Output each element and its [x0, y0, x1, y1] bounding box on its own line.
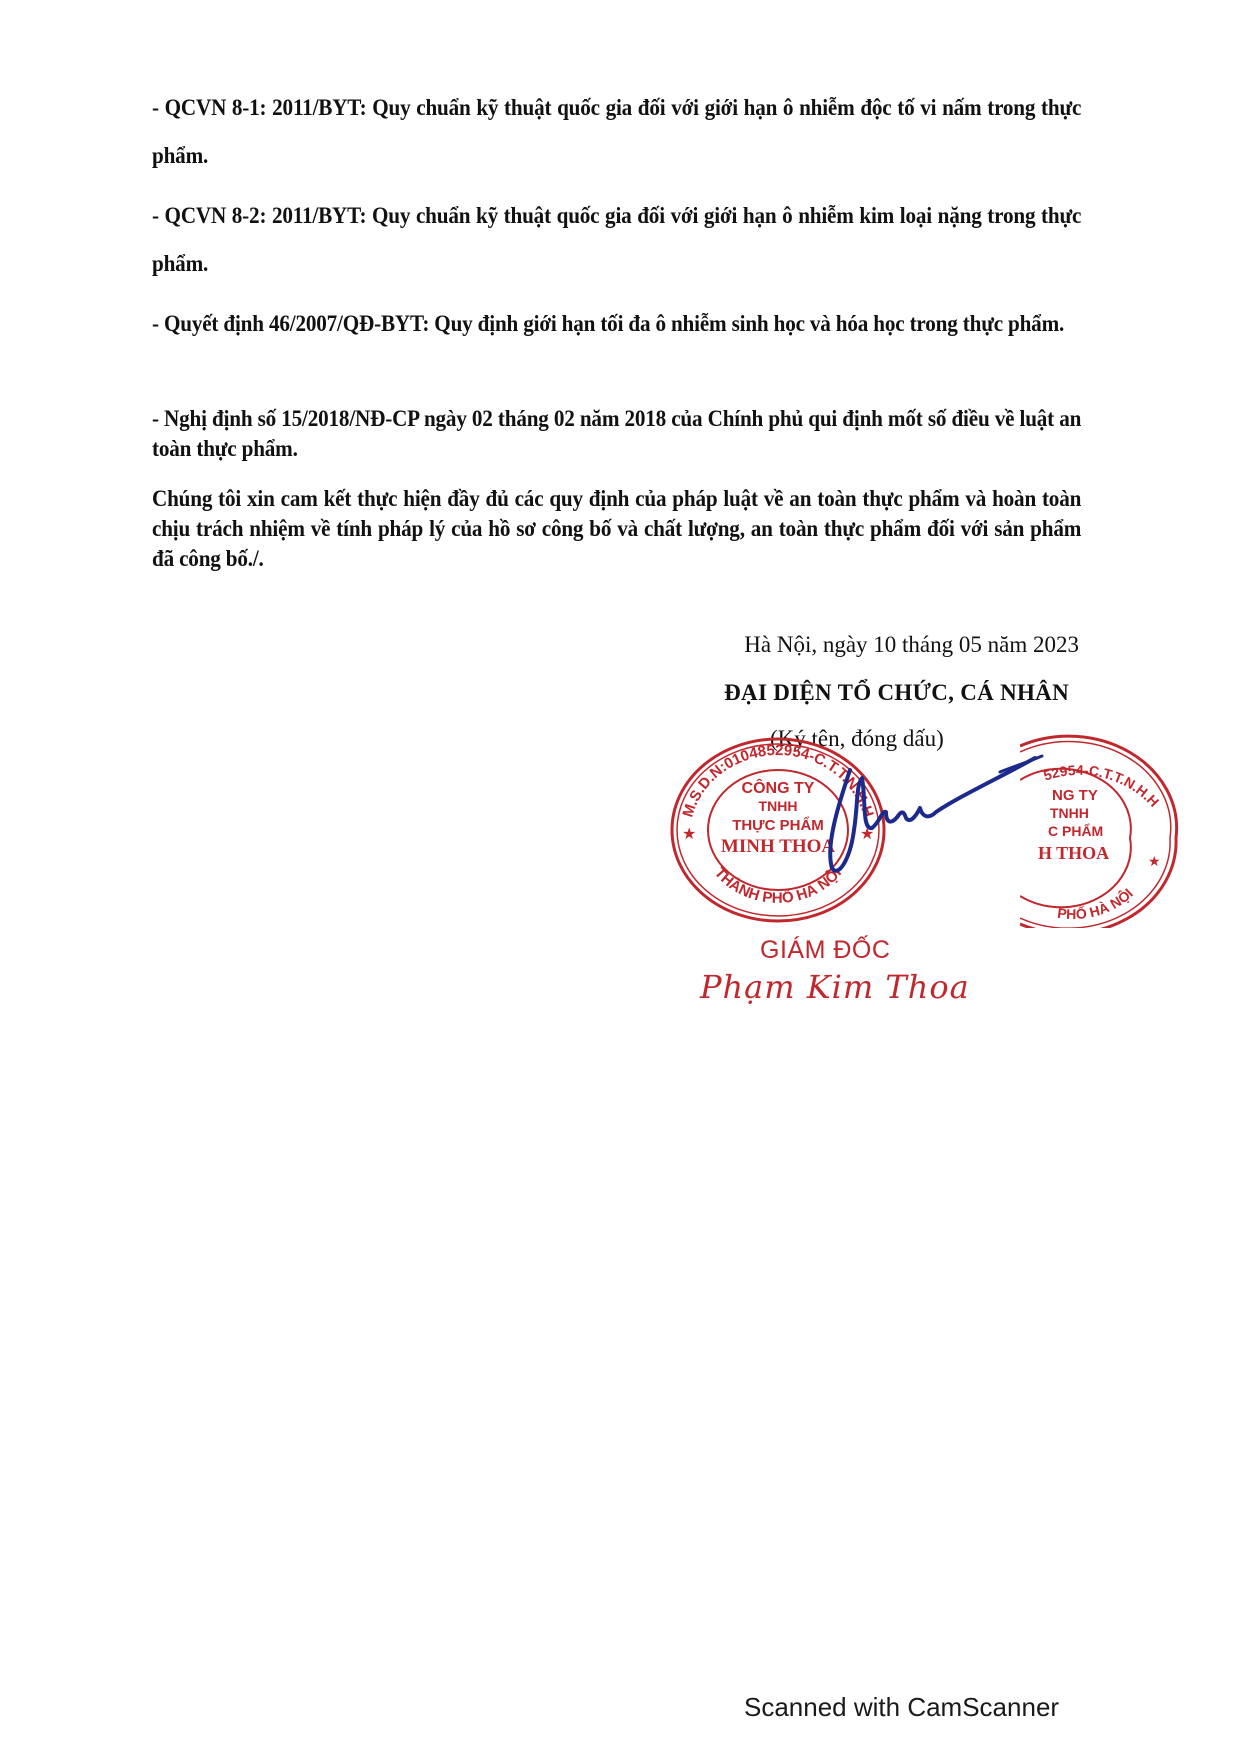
document-page: - QCVN 8-1: 2011/BYT: Quy chuẩn kỹ thuật…: [0, 0, 1239, 1754]
paragraph-commitment: Chúng tôi xin cam kết thực hiện đầy đủ c…: [152, 484, 1081, 574]
star-icon: ★: [682, 826, 696, 843]
paragraph-decree-15: - Nghị định số 15/2018/NĐ-CP ngày 02 thá…: [152, 404, 1081, 464]
representative-title: ĐẠI DIỆN TỔ CHỨC, CÁ NHÂN: [724, 680, 1069, 706]
svg-text:TNHH: TNHH: [1050, 805, 1089, 821]
svg-text:THỰC PHẨM: THỰC PHẨM: [732, 816, 824, 834]
paragraph-decision-46: - Quyết định 46/2007/QĐ-BYT: Quy định gi…: [152, 300, 1081, 348]
director-title: GIÁM ĐỐC: [760, 936, 890, 965]
svg-text:TNHH: TNHH: [759, 798, 798, 814]
svg-text:C PHẨM: C PHẨM: [1048, 822, 1103, 839]
star-icon: ★: [1148, 855, 1161, 870]
svg-text:NG TY: NG TY: [1052, 787, 1098, 804]
svg-text:MINH THOA: MINH THOA: [721, 836, 835, 857]
camscanner-watermark: Scanned with CamScanner: [744, 1692, 1059, 1723]
handwritten-signature: [820, 750, 1050, 880]
director-name: Phạm Kim Thoa: [700, 968, 970, 1006]
paragraph-qcvn-8-2: - QCVN 8-2: 2011/BYT: Quy chuẩn kỹ thuật…: [152, 192, 1081, 288]
paragraph-qcvn-8-1: - QCVN 8-1: 2011/BYT: Quy chuẩn kỹ thuật…: [152, 84, 1081, 180]
svg-text:CÔNG TY: CÔNG TY: [742, 778, 815, 797]
svg-text:PHỐ HÀ NỘI: PHỐ HÀ NỘI: [1056, 885, 1135, 922]
date-line: Hà Nội, ngày 10 tháng 05 năm 2023: [744, 632, 1079, 658]
